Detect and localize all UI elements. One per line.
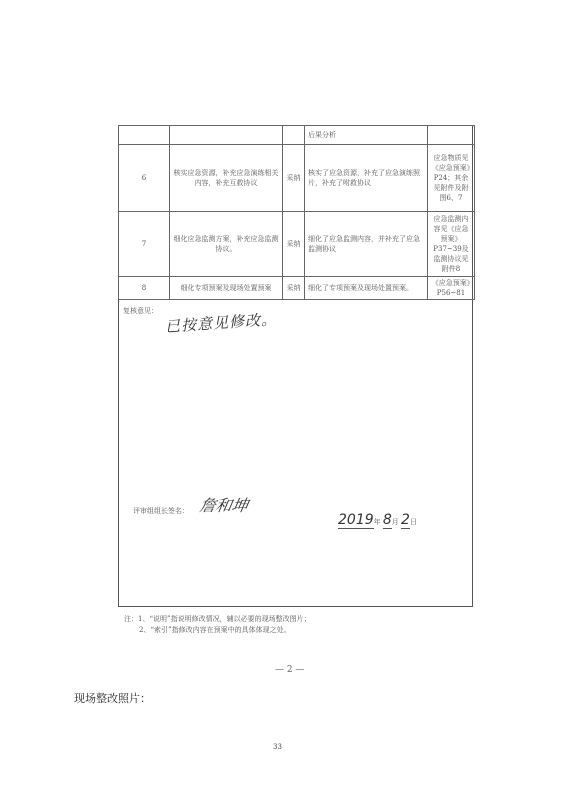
- cell-index: [428, 126, 475, 145]
- cell-issue: 细化应急监测方案，补充应急监测协议。: [170, 212, 283, 277]
- inner-page-number: — 2 —: [275, 665, 304, 675]
- review-opinion-label: 复核意见：: [123, 306, 158, 316]
- date-day: 2: [401, 512, 410, 529]
- table-row: 6 核实应急资源，补充应急演练相关内容，补充互救协议 采纳 核实了应急资源，补充…: [119, 145, 475, 212]
- cell-status: 采纳: [283, 145, 305, 212]
- footnotes: 注：1、“说明”指说明修改情况，辅以必要的现场整改图片； 2、“索引”指修改内容…: [124, 614, 311, 636]
- cell-explanation: 细化了应急监测内容，并补充了应急监测协议: [305, 212, 428, 277]
- table-row: 后果分析: [119, 126, 475, 145]
- table-row: 8 细化专项预案及现场处置预案 采纳 细化了专项预案及现场处置预案。 《应急预案…: [119, 277, 475, 300]
- scanned-page: 后果分析 6 核实应急资源，补充应急演练相关内容，补充互救协议 采纳 核实了应急…: [0, 0, 566, 800]
- date-month: 8: [383, 512, 392, 529]
- section-heading: 现场整改照片：: [74, 690, 151, 706]
- cell-explanation: 核实了应急资源，补充了应急演练照片，补充了咐救协议: [305, 145, 428, 212]
- date-year: 2019: [338, 512, 374, 529]
- handwritten-signature: 詹和坤: [198, 493, 250, 516]
- revision-table: 后果分析 6 核实应急资源，补充应急演练相关内容，补充互救协议 采纳 核实了应急…: [118, 125, 475, 300]
- cell-no: 8: [119, 277, 170, 300]
- cell-no: 7: [119, 212, 170, 277]
- page-number: 33: [273, 743, 282, 751]
- footnote-1: 注：1、“说明”指说明修改情况，辅以必要的现场整改图片；: [124, 614, 311, 625]
- cell-no: [119, 126, 170, 145]
- cell-status: [283, 126, 305, 145]
- cell-explanation: 细化了专项预案及现场处置预案。: [305, 277, 428, 300]
- cell-status: 采纳: [283, 212, 305, 277]
- cell-issue: 细化专项预案及现场处置预案: [170, 277, 283, 300]
- date-month-suffix: 月: [392, 518, 399, 526]
- cell-index: 应急监测内容见《应急预案》P37~39及监测协议见附件8: [428, 212, 475, 277]
- cell-no: 6: [119, 145, 170, 212]
- cell-index: 《应急预案》P56~81: [428, 277, 475, 300]
- date-year-suffix: 年: [374, 518, 381, 526]
- cell-index: 应急物质见《应急预案》P24；其余见附件及附图6、7: [428, 145, 475, 212]
- cell-issue: 核实应急资源，补充应急演练相关内容，补充互救协议: [170, 145, 283, 212]
- date-day-suffix: 日: [410, 518, 417, 526]
- cell-issue: [170, 126, 283, 145]
- review-date: 2019年 8月 2日: [338, 512, 417, 528]
- cell-explanation: 后果分析: [305, 126, 428, 145]
- table-row: 7 细化应急监测方案，补充应急监测协议。 采纳 细化了应急监测内容，并补充了应急…: [119, 212, 475, 277]
- cell-status: 采纳: [283, 277, 305, 300]
- footnote-2: 2、“索引”指修改内容在预案中的具体体现之处。: [124, 625, 311, 636]
- signer-label: 评审组组长签名：: [133, 506, 189, 516]
